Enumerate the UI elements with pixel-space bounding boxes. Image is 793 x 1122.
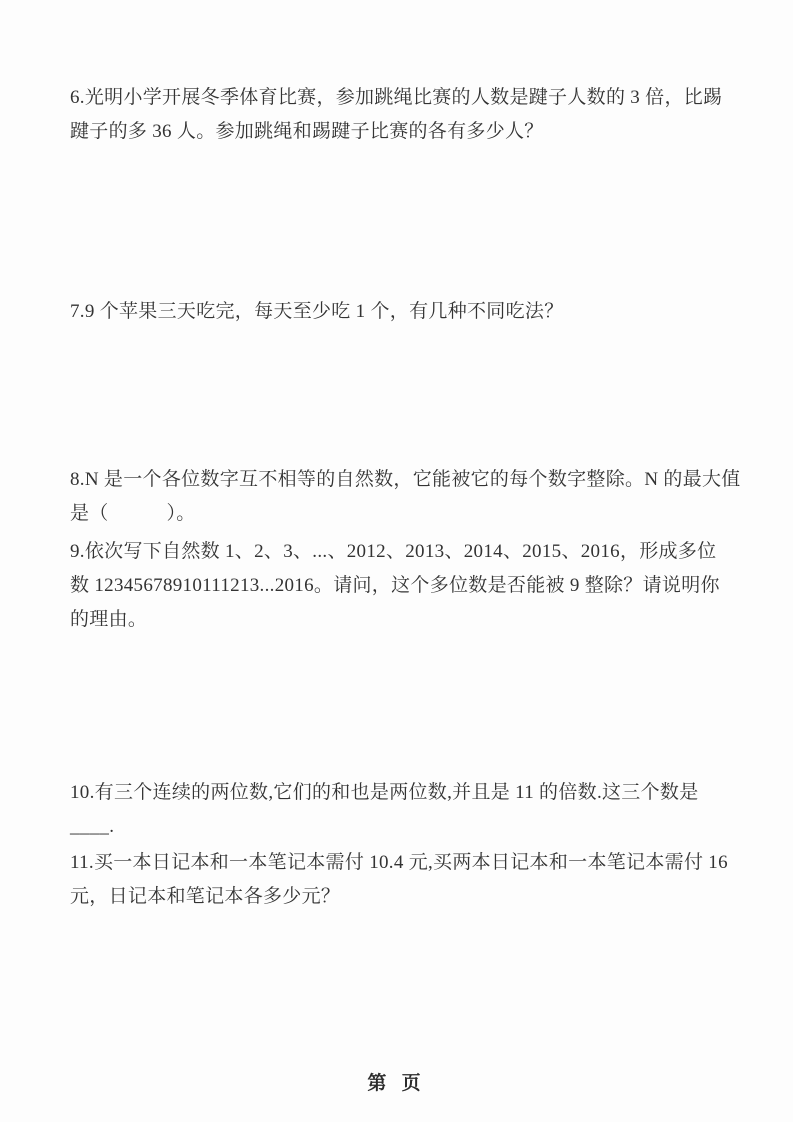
problem-8-line-2: 是（ ）。 — [70, 497, 735, 531]
problem-9-line-1: 9.依次写下自然数 1、2、3、...、2012、2013、2014、2015、… — [70, 535, 735, 569]
problem-6-line-2: 踺子的多 36 人。参加跳绳和踢踺子比赛的各有多少人？ — [70, 115, 735, 149]
problem-9-line-3: 的理由。 — [70, 603, 735, 637]
problem-11-line-2: 元，日记本和笔记本各多少元？ — [70, 880, 735, 914]
problem-6-line-1: 6.光明小学开展冬季体育比赛，参加跳绳比赛的人数是踺子人数的 3 倍，比踢 — [70, 81, 735, 115]
problem-6: 6.光明小学开展冬季体育比赛，参加跳绳比赛的人数是踺子人数的 3 倍，比踢 踺子… — [70, 81, 735, 149]
problem-9-line-2: 数 12345678910111213...2016。请问，这个多位数是否能被 … — [70, 569, 735, 603]
problem-7-line-1: 7.9 个苹果三天吃完，每天至少吃 1 个，有几种不同吃法？ — [70, 295, 735, 329]
problem-10-line-1: 10.有三个连续的两位数,它们的和也是两位数,并且是 11 的倍数.这三个数是 — [70, 776, 735, 810]
problem-11-line-1: 11.买一本日记本和一本笔记本需付 10.4 元,买两本日记本和一本笔记本需付 … — [70, 846, 735, 880]
problem-10: 10.有三个连续的两位数,它们的和也是两位数,并且是 11 的倍数.这三个数是 … — [70, 776, 735, 844]
problem-8: 8.N 是一个各位数字互不相等的自然数，它能被它的每个数字整除。N 的最大值 是… — [70, 463, 735, 531]
problem-8-line-1: 8.N 是一个各位数字互不相等的自然数，它能被它的每个数字整除。N 的最大值 — [70, 463, 735, 497]
problem-9: 9.依次写下自然数 1、2、3、...、2012、2013、2014、2015、… — [70, 535, 735, 637]
problem-11: 11.买一本日记本和一本笔记本需付 10.4 元,买两本日记本和一本笔记本需付 … — [70, 846, 735, 914]
problem-10-answer-blank: ____. — [70, 810, 735, 844]
page-footer: 第 页 — [0, 1068, 793, 1095]
worksheet-page: 6.光明小学开展冬季体育比赛，参加跳绳比赛的人数是踺子人数的 3 倍，比踢 踺子… — [0, 0, 793, 1122]
problem-7: 7.9 个苹果三天吃完，每天至少吃 1 个，有几种不同吃法？ — [70, 295, 735, 329]
